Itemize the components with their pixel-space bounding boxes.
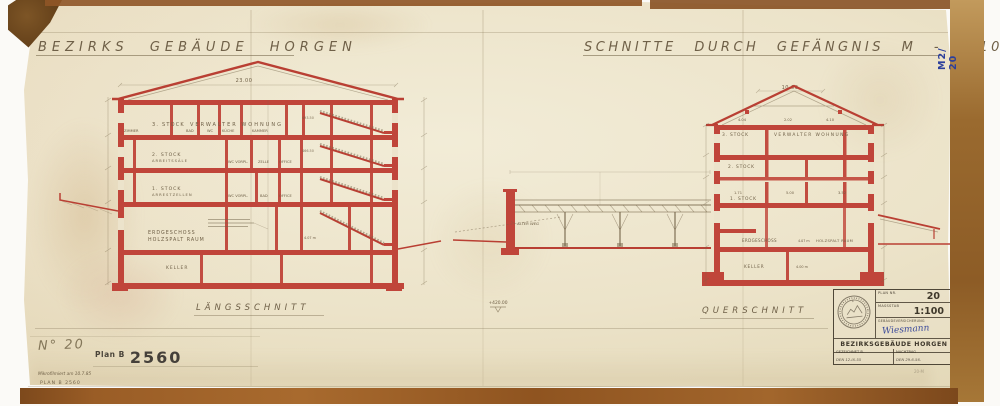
room-label: KAMMER: [252, 129, 268, 133]
floor2-name: ARBEITSSÄLE: [152, 158, 188, 163]
pencil-notes: Mikrofilmiert am 10.7.85 PLAN B 2560: [36, 368, 276, 388]
pencil-note-1: Mikrofilmiert am 10.7.85: [38, 371, 91, 377]
sheet-title-underline: [583, 55, 941, 56]
eg-dim: 4.07 m: [304, 236, 317, 240]
datum-marker: +420.00: [476, 296, 520, 320]
note-cluster: [208, 219, 254, 227]
drawn-date: DEN 12.IX.55: [836, 357, 861, 362]
signature-row: GEBÄUDEVERSICHERUNG Wiesmann: [876, 318, 954, 338]
room-label: WC VORPL.: [228, 160, 248, 164]
walkway-dim-line: [510, 170, 710, 174]
stair-dim: 493.50: [302, 116, 314, 120]
eg-name: HOLZSPALT RAUM: [816, 239, 853, 243]
eg-label: ERDGESCHOSS: [742, 238, 777, 243]
laengsschnitt-dim-line: 23.00: [118, 78, 398, 87]
keller-dim: 4.00 m: [796, 265, 809, 269]
plan-nr-row: PLAN NR. 20: [876, 290, 954, 303]
archive-mark-line2: 20: [949, 40, 960, 70]
querschnitt-drawing: 10.00: [698, 76, 953, 296]
querschnitt-dim-line: 10.00: [756, 85, 825, 93]
attic-dim: 4.10: [826, 118, 835, 122]
floor2-label: 2. STOCK: [152, 152, 181, 158]
datum-ground-line: [35, 328, 828, 329]
scale-row: MASSSTAB 1:100: [876, 303, 954, 318]
keller-label: KELLER: [166, 265, 188, 271]
staircase: [320, 111, 384, 245]
floor3-label: 3. STOCK: [722, 132, 749, 138]
laengsschnitt-drawing: 23.00: [58, 53, 443, 298]
stair-dim: 466.50: [302, 149, 314, 153]
room-label: BAD: [260, 194, 268, 198]
floor1-label: 1. STOCK: [152, 186, 181, 192]
room-label: BAD: [186, 129, 194, 133]
scale-label: MASSSTAB: [878, 304, 899, 308]
amend-date: DEN 29.6.56.: [896, 357, 921, 362]
laengsschnitt-width-dim: 23.00: [236, 78, 253, 84]
plan-nr-label: PLAN NR.: [878, 291, 897, 295]
left-ground-red: [453, 240, 506, 242]
room-label: ZELLE: [258, 160, 270, 164]
eg-name: HOLZSPALT RAUM: [148, 237, 205, 243]
backing-bottom-strip: [20, 388, 958, 404]
querschnitt-caption: QUERSCHNITT: [702, 306, 807, 316]
querschnitt-structure: [702, 125, 884, 286]
signature-label: GEBÄUDEVERSICHERUNG: [878, 319, 925, 323]
scale-value: 1:100: [914, 306, 944, 317]
archive-mark: M2/ 20: [938, 40, 968, 70]
scanned-drawing-sheet: BEZIRKS GEBÄUDE HORGEN SCHNITTE DURCH GE…: [0, 0, 1000, 406]
level-triangle-icon: [490, 307, 506, 312]
floor1-dim: 1.71: [734, 191, 742, 195]
eg-label: ERDGESCHOSS: [148, 230, 196, 236]
attic-dim: 2.02: [784, 118, 792, 122]
footer-rule: [30, 336, 260, 337]
backing-top-strip: [45, 0, 642, 6]
stamp-cell: [834, 290, 876, 338]
pencil-note-2: PLAN B 2560: [40, 380, 81, 386]
floor1-dim: 5.00: [786, 191, 795, 195]
amend-cell: NACHTRAG DEN 29.6.56.: [894, 349, 954, 364]
terrain-hatch: [62, 201, 112, 214]
drawn-cell: GEZEICHNET B. DEN 12.IX.55: [834, 349, 894, 364]
title-block: PLAN NR. 20 MASSSTAB 1:100 GEBÄUDEVERSIC…: [833, 289, 955, 365]
plan-stamp: Plan B 2560: [95, 348, 182, 367]
laengsschnitt-caption: LÄNGSSCHNITT: [196, 303, 310, 313]
laengsschnitt-roof: [112, 62, 404, 100]
sheet-top-rule: [34, 32, 948, 33]
attic-dim: 4.04: [738, 118, 747, 122]
note-leader: [254, 223, 268, 229]
plan-stamp-underline: [93, 366, 258, 367]
left-ramp: [60, 193, 118, 211]
room-label: OFFICE: [279, 160, 293, 164]
room-label: WC VORPL.: [228, 194, 248, 198]
amend-label: NACHTRAG: [896, 350, 916, 354]
walkway-posts: [557, 212, 683, 247]
room-label: ZIMMER: [124, 129, 139, 133]
floor3-label: 3. STOCK: [152, 122, 185, 128]
room-label: WC: [207, 129, 214, 133]
room-label: KÜCHE: [222, 128, 235, 133]
right-ground-line: [398, 241, 441, 249]
keller-label: KELLER: [744, 264, 764, 269]
caption-underline: [194, 315, 324, 316]
plan-nr-value: 20: [927, 291, 940, 302]
walkway-deck: [515, 200, 711, 212]
walkway-note: ALTER WEG: [516, 221, 539, 226]
official-seal-icon: [834, 290, 874, 336]
querschnitt-roof: [706, 86, 884, 125]
plan-stamp-prefix: Plan B: [95, 350, 125, 359]
floor3-name: VERWALTER WOHNUNG: [190, 122, 283, 128]
walkway-drawing: ALTER WEG: [453, 158, 715, 276]
floor2-label: 2. STOCK: [728, 164, 755, 170]
signature-handwritten: Wiesmann: [882, 323, 930, 336]
plan-number-handwritten: N° 20: [38, 337, 85, 354]
drawn-label: GEZEICHNET B.: [836, 350, 864, 354]
right-canopy: [878, 215, 950, 244]
room-label: OFFICE: [279, 194, 293, 198]
backing-top-strip: [650, 0, 950, 9]
pencil-mark: 20-M: [914, 369, 924, 374]
floor1-name: ARRESTZELLEN: [152, 193, 193, 197]
eg-dim: 4.07 m: [798, 239, 810, 243]
plan-stamp-number: 2560: [130, 348, 183, 367]
caption-underline: [700, 318, 814, 319]
floor3-name: VERWALTER WOHNUNG: [774, 132, 850, 138]
datum-level: +420.00: [488, 300, 507, 306]
floor1-dim: 3.52: [838, 191, 846, 195]
floor1-label: 1. STOCK: [730, 196, 757, 202]
